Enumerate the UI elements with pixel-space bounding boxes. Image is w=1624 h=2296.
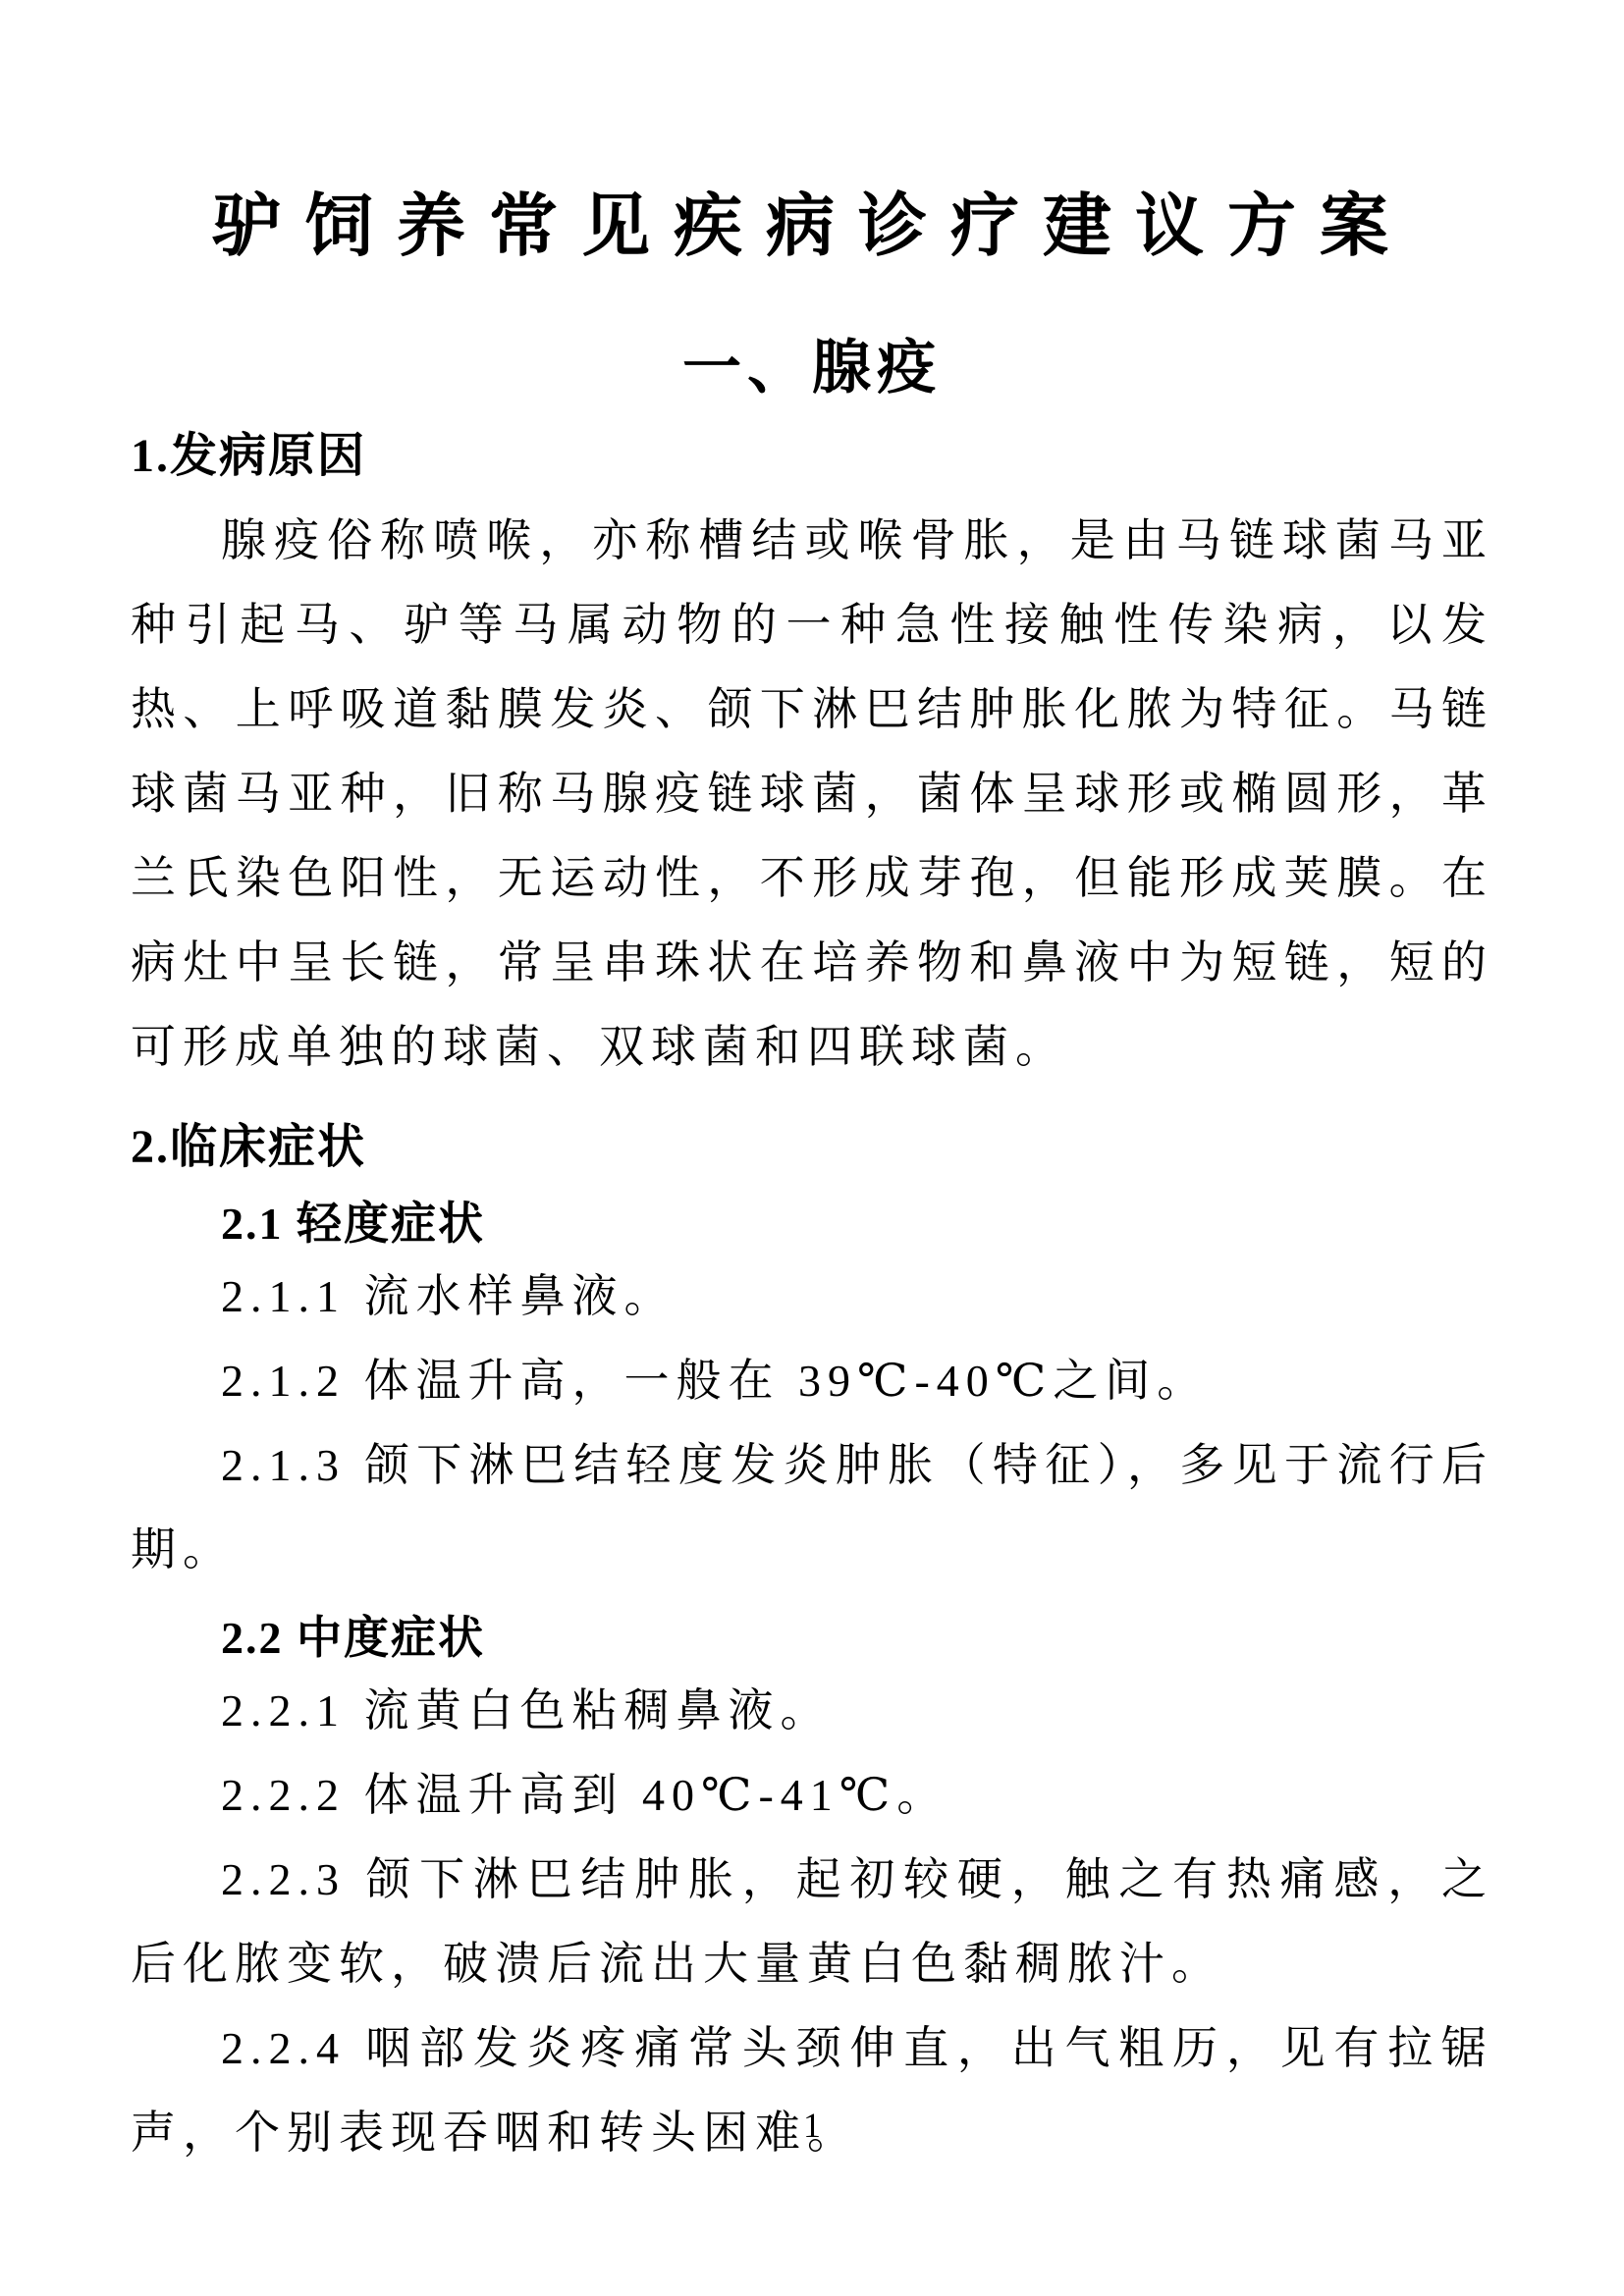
- heading-mild-symptoms: 2.1 轻度症状: [131, 1194, 1493, 1255]
- moderate-symptom-item-3: 2.2.3 颌下淋巴结肿胀，起初较硬，触之有热痛感，之后化脓变软，破溃后流出大量…: [131, 1838, 1493, 2006]
- cause-paragraph: 腺疫俗称喷喉，亦称槽结或喉骨胀，是由马链球菌马亚种引起马、驴等马属动物的一种急性…: [131, 499, 1493, 1090]
- moderate-symptom-item-4: 2.2.4 咽部发炎疼痛常头颈伸直，出气粗历，见有拉锯声，个别表现吞咽和转头困难…: [131, 2006, 1493, 2175]
- section-heading-strangles: 一、腺疫: [131, 330, 1493, 406]
- moderate-symptom-item-2: 2.2.2 体温升高到 40℃-41℃。: [131, 1753, 1493, 1838]
- heading-disease-cause: 1.发病原因: [131, 426, 1493, 487]
- mild-symptom-item-3: 2.1.3 颌下淋巴结轻度发炎肿胀（特征），多见于流行后期。: [131, 1423, 1493, 1592]
- moderate-symptom-item-1: 2.2.1 流黄白色粘稠鼻液。: [131, 1669, 1493, 1753]
- document-title: 驴饲养常见疾病诊疗建议方案: [131, 187, 1493, 269]
- mild-symptom-item-1: 2.1.1 流水样鼻液。: [131, 1255, 1493, 1339]
- page-number: 1: [0, 2101, 1624, 2150]
- heading-clinical-symptoms: 2.临床症状: [131, 1117, 1493, 1178]
- mild-symptom-item-2: 2.1.2 体温升高，一般在 39℃-40℃之间。: [131, 1339, 1493, 1423]
- document-page: 驴饲养常见疾病诊疗建议方案 一、腺疫 1.发病原因 腺疫俗称喷喉，亦称槽结或喉骨…: [0, 0, 1624, 2296]
- heading-moderate-symptoms: 2.2 中度症状: [131, 1608, 1493, 1669]
